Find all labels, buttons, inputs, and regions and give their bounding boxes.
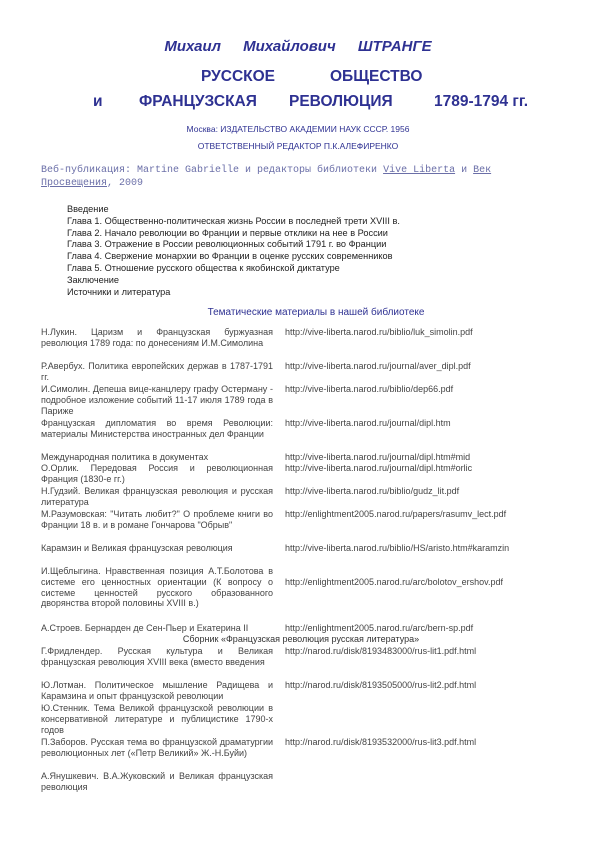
title-word: РУССКОЕ	[201, 68, 275, 86]
toc-item[interactable]: Глава 3. Отражение в России революционны…	[67, 239, 400, 251]
web-publication-note: Веб-публикация: Martine Gabrielle и реда…	[41, 164, 561, 190]
toc-item[interactable]: Глава 4. Свержение монархии во Франции в…	[67, 251, 400, 263]
material-url[interactable]: http://vive-liberta.narod.ru/biblio/gudz…	[285, 486, 525, 497]
title-word: 1789-1794 гг.	[434, 93, 528, 111]
web-pub-suffix: , 2009	[107, 178, 143, 189]
material-title: И.Щеблыгина. Нравственная позиция А.Т.Бо…	[41, 566, 273, 609]
material-url[interactable]: http://vive-liberta.narod.ru/biblio/dep6…	[285, 384, 525, 395]
material-title: Ю.Лотман. Политическое мышление Радищева…	[41, 680, 273, 702]
material-title: Карамзин и Великая французская революция	[41, 543, 273, 554]
material-url[interactable]: http://vive-liberta.narod.ru/journal/dip…	[285, 418, 525, 429]
material-url[interactable]: http://narod.ru/disk/8193505000/rus-lit2…	[285, 680, 525, 691]
material-url[interactable]: http://vive-liberta.narod.ru/journal/ave…	[285, 361, 525, 372]
material-url[interactable]: http://enlightment2005.narod.ru/arc/bern…	[285, 623, 525, 634]
title-word: ФРАНЦУЗСКАЯ	[139, 93, 257, 111]
material-title: П.Заборов. Русская тема во французской д…	[41, 737, 273, 759]
toc-item[interactable]: Глава 5. Отношение русского общества к я…	[67, 263, 400, 275]
material-url[interactable]: http://vive-liberta.narod.ru/journal/dip…	[285, 463, 525, 474]
toc-item[interactable]: Глава 1. Общественно-политическая жизнь …	[67, 216, 400, 228]
author-name: Михаил Михайлович ШТРАНГЕ	[0, 38, 596, 55]
material-title: Г.Фридлендер. Русская культура и Великая…	[41, 646, 273, 668]
toc-item[interactable]: Введение	[67, 204, 400, 216]
material-title: А.Янушкевич. В.А.Жуковский и Великая фра…	[41, 771, 273, 793]
material-url[interactable]: http://vive-liberta.narod.ru/biblio/HS/a…	[285, 543, 525, 554]
web-pub-middle: и	[455, 165, 473, 176]
material-title: Н.Гудзий. Великая французская революция …	[41, 486, 273, 508]
toc-item[interactable]: Заключение	[67, 275, 400, 287]
toc-item[interactable]: Глава 2. Начало революции во Франции и п…	[67, 228, 400, 240]
title-word: РЕВОЛЮЦИЯ	[289, 93, 393, 111]
material-url[interactable]: http://narod.ru/disk/8193532000/rus-lit3…	[285, 737, 525, 748]
material-title: Французская дипломатия во время Революци…	[41, 418, 273, 440]
material-title: Н.Лукин. Царизм и Французская буржуазная…	[41, 327, 273, 349]
table-of-contents: Введение Глава 1. Общественно-политическ…	[67, 204, 400, 298]
material-title: О.Орлик. Передовая Россия и революционна…	[41, 463, 273, 485]
editor-info: ОТВЕТСТВЕННЫЙ РЕДАКТОР П.К.АЛЕФИРЕНКО	[0, 141, 596, 151]
collection-title: Сборник «Французская революция русская л…	[41, 634, 561, 645]
web-pub-prefix: Веб-публикация: Martine Gabrielle и реда…	[41, 165, 383, 176]
material-title: Р.Авербух. Политика европейских держав в…	[41, 361, 273, 383]
title-word: ОБЩЕСТВО	[330, 68, 422, 86]
material-url[interactable]: http://narod.ru/disk/8193483000/rus-lit1…	[285, 646, 525, 657]
material-url[interactable]: http://enlightment2005.narod.ru/papers/r…	[285, 509, 525, 520]
material-url[interactable]: http://enlightment2005.narod.ru/arc/bolo…	[285, 577, 525, 588]
material-title: А.Строев. Бернарден де Сен-Пьер и Екатер…	[41, 623, 273, 634]
material-title: Международная политика в документах	[41, 452, 273, 463]
title-word: и	[93, 93, 103, 111]
material-url[interactable]: http://vive-liberta.narod.ru/biblio/luk_…	[285, 327, 525, 338]
toc-item[interactable]: Источники и литература	[67, 287, 400, 299]
materials-table: Н.Лукин. Царизм и Французская буржуазная…	[41, 327, 561, 807]
vive-liberta-link[interactable]: Vive Liberta	[383, 165, 455, 176]
material-title: Ю.Стенник. Тема Великой французской рево…	[41, 703, 273, 735]
material-url[interactable]: http://vive-liberta.narod.ru/journal/dip…	[285, 452, 525, 463]
material-title: М.Разумовская: "Читать любит?" О проблем…	[41, 509, 273, 531]
material-title: И.Симолин. Депеша вице-канцлеру графу Ос…	[41, 384, 273, 416]
materials-section-title: Тематические материалы в нашей библиотек…	[0, 307, 596, 318]
publisher-info: Москва: ИЗДАТЕЛЬСТВО АКАДЕМИИ НАУК СССР.…	[0, 124, 596, 134]
